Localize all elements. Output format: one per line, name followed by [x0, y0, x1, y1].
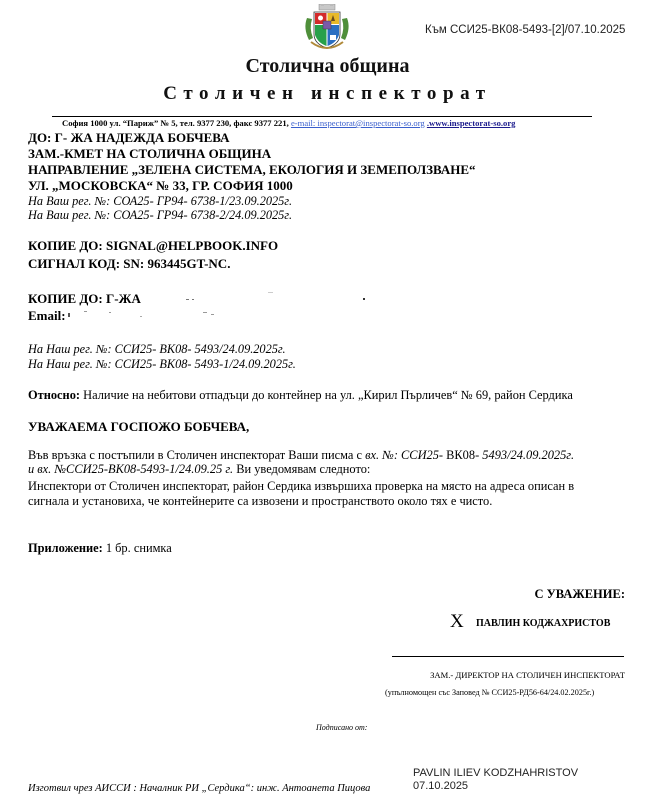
closing: С УВАЖЕНИЕ:: [534, 587, 625, 602]
sofia-coat-of-arms-icon: [301, 4, 353, 54]
your-ref-2: На Ваш рег. №: СОА25- ГР94- 6738-2/24.09…: [28, 208, 292, 223]
signatory-authorization: (упълномощен със Заповед № ССИ25-РД56-64…: [385, 688, 594, 697]
organization-name: Столична община: [0, 55, 655, 78]
body-line-3: Инспектори от Столичен инспекторат, райо…: [28, 479, 574, 494]
our-ref-2: На Наш рег. №: ССИ25- ВК08- 5493-1/24.09…: [28, 357, 296, 372]
email-label: Email:: [28, 308, 66, 324]
digital-signer-name: PAVLIN ILIEV KODZHAHRISTOV: [413, 767, 578, 779]
signed-by-label: Подписано от:: [316, 723, 367, 732]
subject-line: Относно: Наличие на небитови отпадъци до…: [28, 388, 573, 403]
attachment-line: Приложение: 1 бр. снимка: [28, 541, 172, 556]
body-ref-italic: вх. №: ССИ25-: [365, 448, 443, 462]
body-text: ВК08-: [443, 448, 482, 462]
digital-signature-date: 07.10.2025: [413, 780, 468, 792]
body-ref-italic: и вх. №ССИ25-ВК08-5493-1/24.09.25 г.: [28, 462, 233, 476]
email-link[interactable]: e-mail: inspectorat@inspectorat-so.org: [291, 118, 425, 128]
recipient-address: УЛ. „МОСКОВСКА“ № 33, ГР. СОФИЯ 1000: [28, 178, 293, 194]
recipient-directorate: НАПРАВЛЕНИЕ „ЗЕЛЕНА СИСТЕМА, ЕКОЛОГИЯ И …: [28, 162, 476, 178]
contact-line: София 1000 ул. “Париж” № 5, тел. 9377 23…: [62, 118, 515, 128]
signature-line: [392, 656, 624, 657]
postal-address: София 1000 ул. “Париж” № 5, тел. 9377 23…: [62, 118, 289, 128]
header-divider: [52, 116, 592, 117]
your-ref-1: На Ваш рег. №: СОА25- ГР94- 6738-1/23.09…: [28, 194, 292, 209]
copy-to-person: КОПИЕ ДО: Г-ЖА: [28, 291, 141, 307]
attachment-label: Приложение:: [28, 541, 103, 555]
body-text: Във връзка с постъпили в Столичен инспек…: [28, 448, 365, 462]
subject-label: Относно:: [28, 388, 80, 402]
body-line-4: сигнала и установиха, че контейнерите са…: [28, 494, 492, 509]
outgoing-reference: Към ССИ25-ВК08-5493-[2]/07.10.2025: [425, 24, 625, 36]
our-ref-1: На Наш рег. №: ССИ25- ВК08- 5493/24.09.2…: [28, 342, 286, 357]
body-line-2: и вх. №ССИ25-ВК08-5493-1/24.09.25 г. Ви …: [28, 462, 370, 477]
salutation: УВАЖАЕМА ГОСПОЖО БОБЧЕВА,: [28, 419, 249, 435]
signature-mark: X: [450, 611, 464, 633]
body-ref-italic: 5493/24.09.2025г.: [482, 448, 574, 462]
copy-to-signal: КОПИЕ ДО: SIGNAL@HELPBOOK.INFO: [28, 238, 278, 254]
website-link[interactable]: .www.inspectorat-so.org: [427, 118, 516, 128]
department-name: Столичен инспекторат: [0, 83, 655, 105]
signatory-title: ЗАМ.- ДИРЕКТОР НА СТОЛИЧЕН ИНСПЕКТОРАТ: [430, 670, 625, 680]
attachment-text: 1 бр. снимка: [103, 541, 172, 555]
body-text: Ви уведомявам следното:: [233, 462, 370, 476]
recipient-position: ЗАМ.-КМЕТ НА СТОЛИЧНА ОБЩИНА: [28, 146, 271, 162]
signal-code: СИГНАЛ КОД: SN: 963445GT-NC.: [28, 256, 230, 272]
body-line-1: Във връзка с постъпили в Столичен инспек…: [28, 448, 574, 463]
recipient-name: ДО: Г- ЖА НАДЕЖДА БОБЧЕВА: [28, 130, 230, 146]
signatory-name: ПАВЛИН КОДЖАХРИСТОВ: [476, 618, 610, 629]
prepared-by: Изготвил чрез АИССИ : Началник РИ „Серди…: [28, 783, 370, 794]
subject-text: Наличие на небитови отпадъци до контейне…: [83, 388, 573, 402]
